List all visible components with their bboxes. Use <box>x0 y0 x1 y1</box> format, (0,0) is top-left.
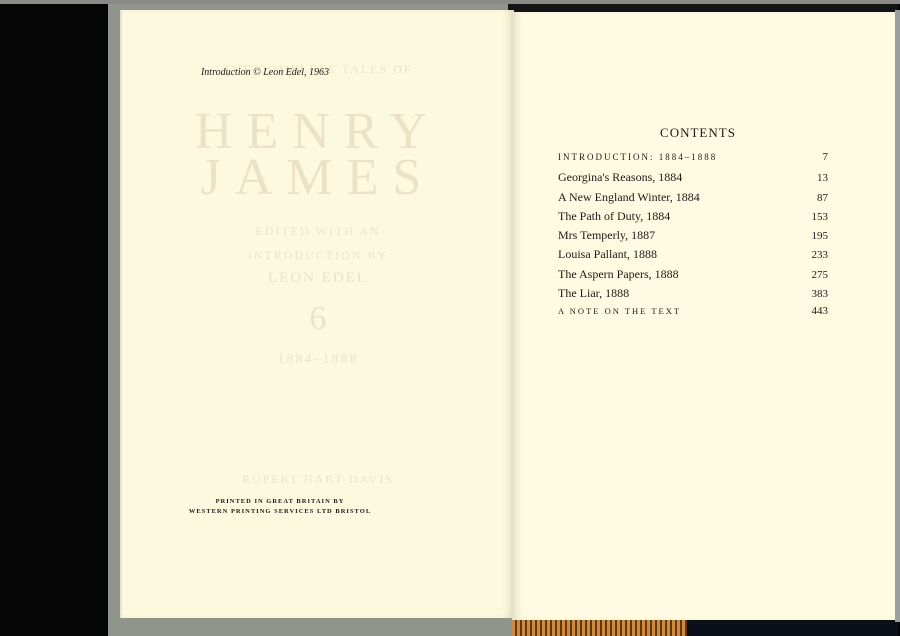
show-through-line: RUPERT HART-DAVIS <box>122 472 514 487</box>
toc-entry-page: 87 <box>817 192 828 204</box>
toc-entry-title: The Liar, 1888 <box>558 286 629 301</box>
printer-imprint: PRINTED IN GREAT BRITAIN BY WESTERN PRIN… <box>120 497 440 517</box>
contents-heading: CONTENTS <box>618 125 778 141</box>
toc-entry-title: The Aspern Papers, 1888 <box>558 267 679 282</box>
toc-entry-title: Georgina's Reasons, 1884 <box>558 170 682 185</box>
copyright-notice: Introduction © Leon Edel, 1963 <box>120 67 410 78</box>
book-spine-edge <box>512 620 687 636</box>
toc-entry-title: Louisa Pallant, 1888 <box>558 247 657 262</box>
toc-entry: The Path of Duty, 1884 153 <box>558 209 828 228</box>
toc-entry: A Note on the Text 443 <box>558 305 828 324</box>
scanner-bottom-edge <box>687 620 898 636</box>
show-through-line: LEON EDEL <box>122 270 514 287</box>
toc-entry-page: 13 <box>817 172 828 184</box>
toc-entry-title: Introduction: 1884–1888 <box>558 152 717 162</box>
show-through-line: 1884–1888 <box>122 352 514 368</box>
toc-entry-page: 383 <box>812 288 829 300</box>
toc-entry-page: 195 <box>812 230 829 242</box>
left-page: THE COMPLETE TALES OF HENRY JAMES EDITED… <box>120 10 514 618</box>
toc-entry: The Liar, 1888 383 <box>558 286 828 305</box>
toc-entry-page: 443 <box>812 305 829 317</box>
printer-line: WESTERN PRINTING SERVICES LTD BRISTOL <box>120 507 440 517</box>
show-through-line: INTRODUCTION BY <box>122 248 514 263</box>
toc-entry: Mrs Temperly, 1887 195 <box>558 228 828 247</box>
toc-entry-page: 233 <box>812 249 829 261</box>
toc-entry: A New England Winter, 1884 87 <box>558 190 828 209</box>
toc-entry-page: 153 <box>812 211 829 223</box>
toc-entry-title: A Note on the Text <box>558 306 681 316</box>
show-through-name: JAMES <box>122 148 514 207</box>
toc-entry-page: 275 <box>812 269 829 281</box>
toc-entry: The Aspern Papers, 1888 275 <box>558 267 828 286</box>
toc-entry-title: The Path of Duty, 1884 <box>558 209 670 224</box>
toc-entry-title: Mrs Temperly, 1887 <box>558 228 655 243</box>
printer-line: PRINTED IN GREAT BRITAIN BY <box>120 497 440 507</box>
toc-entry: Introduction: 1884–1888 7 <box>558 151 828 170</box>
table-of-contents: Introduction: 1884–1888 7 Georgina's Rea… <box>558 151 828 325</box>
cover-edge <box>895 10 900 622</box>
toc-entry-title: A New England Winter, 1884 <box>558 190 700 205</box>
toc-entry: Louisa Pallant, 1888 233 <box>558 247 828 266</box>
show-through-volume: 6 <box>122 300 514 338</box>
toc-entry-page: 7 <box>823 151 829 163</box>
toc-entry: Georgina's Reasons, 1884 13 <box>558 170 828 189</box>
show-through-line: EDITED WITH AN <box>122 224 514 239</box>
